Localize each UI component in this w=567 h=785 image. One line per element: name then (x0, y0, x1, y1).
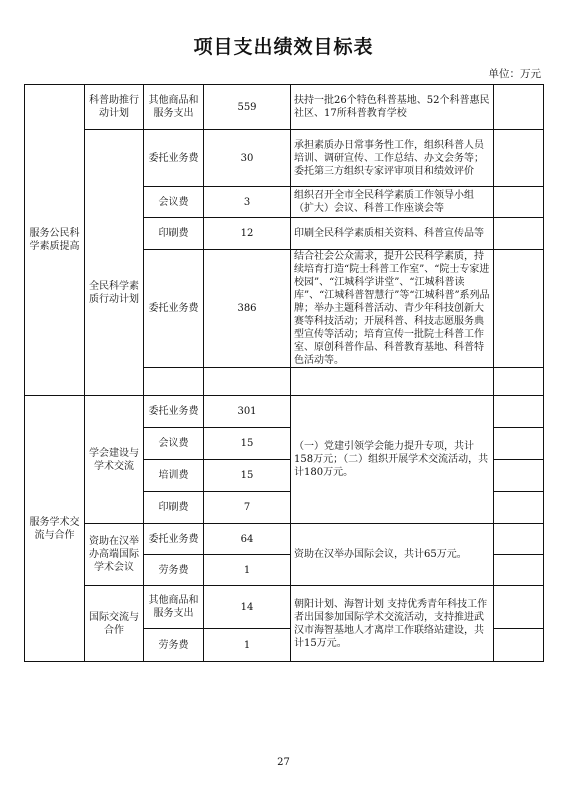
project-cell: 学会建设与学术交流 (85, 396, 144, 524)
expense-cell: 委托业务费 (144, 250, 204, 368)
empty-cell (494, 85, 544, 130)
category-cell: 服务公民科学素质提高 (25, 85, 85, 396)
expense-cell: 印刷费 (144, 492, 204, 524)
expense-cell: 会议费 (144, 187, 204, 218)
empty-cell (494, 428, 544, 460)
table-row: 全民科学素质行动计划 委托业务费 30 承担素质办日常事务性工作，组织科普人员培… (25, 130, 544, 187)
description-cell: 承担素质办日常事务性工作，组织科普人员培训、调研宣传、工作总结、办文会务等；委托… (291, 130, 494, 187)
empty-cell (494, 368, 544, 396)
amount-cell: 301 (204, 396, 291, 428)
performance-target-table: 服务公民科学素质提高 科普助推行动计划 其他商品和服务支出 559 扶持一批26… (24, 84, 544, 662)
amount-cell: 30 (204, 130, 291, 187)
amount-cell: 7 (204, 492, 291, 524)
table-row: 资助在汉举办高端国际学术会议 委托业务费 64 资助在汉举办国际会议，共计65万… (25, 524, 544, 555)
category-cell: 服务学术交流与合作 (25, 396, 85, 662)
expense-cell: 培训费 (144, 460, 204, 492)
expense-cell: 委托业务费 (144, 130, 204, 187)
table-row: 服务公民科学素质提高 科普助推行动计划 其他商品和服务支出 559 扶持一批26… (25, 85, 544, 130)
project-cell: 国际交流与合作 (85, 586, 144, 662)
amount-cell: 15 (204, 428, 291, 460)
unit-label: 单位：万元 (489, 66, 542, 81)
amount-cell: 14 (204, 586, 291, 629)
expense-cell: 会议费 (144, 428, 204, 460)
empty-cell (494, 218, 544, 250)
empty-cell (494, 586, 544, 629)
amount-cell: 559 (204, 85, 291, 130)
project-cell: 科普助推行动计划 (85, 85, 144, 130)
empty-cell (494, 396, 544, 428)
description-cell: 结合社会公众需求，提升公民科学素质，持续培育打造“院士科普工作室”、“院士专家进… (291, 250, 494, 368)
table-row: 国际交流与合作 其他商品和服务支出 14 朝阳计划、海智计划 支持优秀青年科技工… (25, 586, 544, 629)
expense-cell: 劳务费 (144, 555, 204, 586)
page-number: 27 (0, 757, 567, 768)
table-row: 服务学术交流与合作 学会建设与学术交流 委托业务费 301 （一）党建引领学会能… (25, 396, 544, 428)
amount-cell: 15 (204, 460, 291, 492)
description-cell: 印刷全民科学素质相关资料、科普宣传品等 (291, 218, 494, 250)
expense-cell: 其他商品和服务支出 (144, 85, 204, 130)
description-cell: （一）党建引领学会能力提升专项，共计158万元；（二）组织开展学术交流活动，共计… (291, 396, 494, 524)
amount-cell: 386 (204, 250, 291, 368)
amount-cell: 64 (204, 524, 291, 555)
project-cell: 资助在汉举办高端国际学术会议 (85, 524, 144, 586)
expense-cell: 委托业务费 (144, 396, 204, 428)
expense-cell: 其他商品和服务支出 (144, 586, 204, 629)
expense-cell: 劳务费 (144, 629, 204, 662)
empty-cell (494, 460, 544, 492)
project-cell: 全民科学素质行动计划 (85, 130, 144, 396)
empty-cell (494, 524, 544, 555)
amount-cell: 12 (204, 218, 291, 250)
empty-cell (494, 555, 544, 586)
empty-cell (494, 629, 544, 662)
empty-cell (144, 368, 204, 396)
expense-cell: 委托业务费 (144, 524, 204, 555)
empty-cell (494, 130, 544, 187)
description-cell: 扶持一批26个特色科普基地、52个科普惠民社区、17所科普教育学校 (291, 85, 494, 130)
amount-cell: 1 (204, 629, 291, 662)
empty-cell (204, 368, 291, 396)
expense-cell: 印刷费 (144, 218, 204, 250)
amount-cell: 1 (204, 555, 291, 586)
description-cell: 组织召开全市全民科学素质工作领导小组（扩大）会议、科普工作座谈会等 (291, 187, 494, 218)
amount-cell: 3 (204, 187, 291, 218)
empty-cell (291, 368, 494, 396)
page-title: 项目支出绩效目标表 (0, 32, 567, 59)
description-cell: 资助在汉举办国际会议，共计65万元。 (291, 524, 494, 586)
empty-cell (494, 250, 544, 368)
description-cell: 朝阳计划、海智计划 支持优秀青年科技工作者出国参加国际学术交流活动，支持推进武汉… (291, 586, 494, 662)
empty-cell (494, 187, 544, 218)
empty-cell (494, 492, 544, 524)
